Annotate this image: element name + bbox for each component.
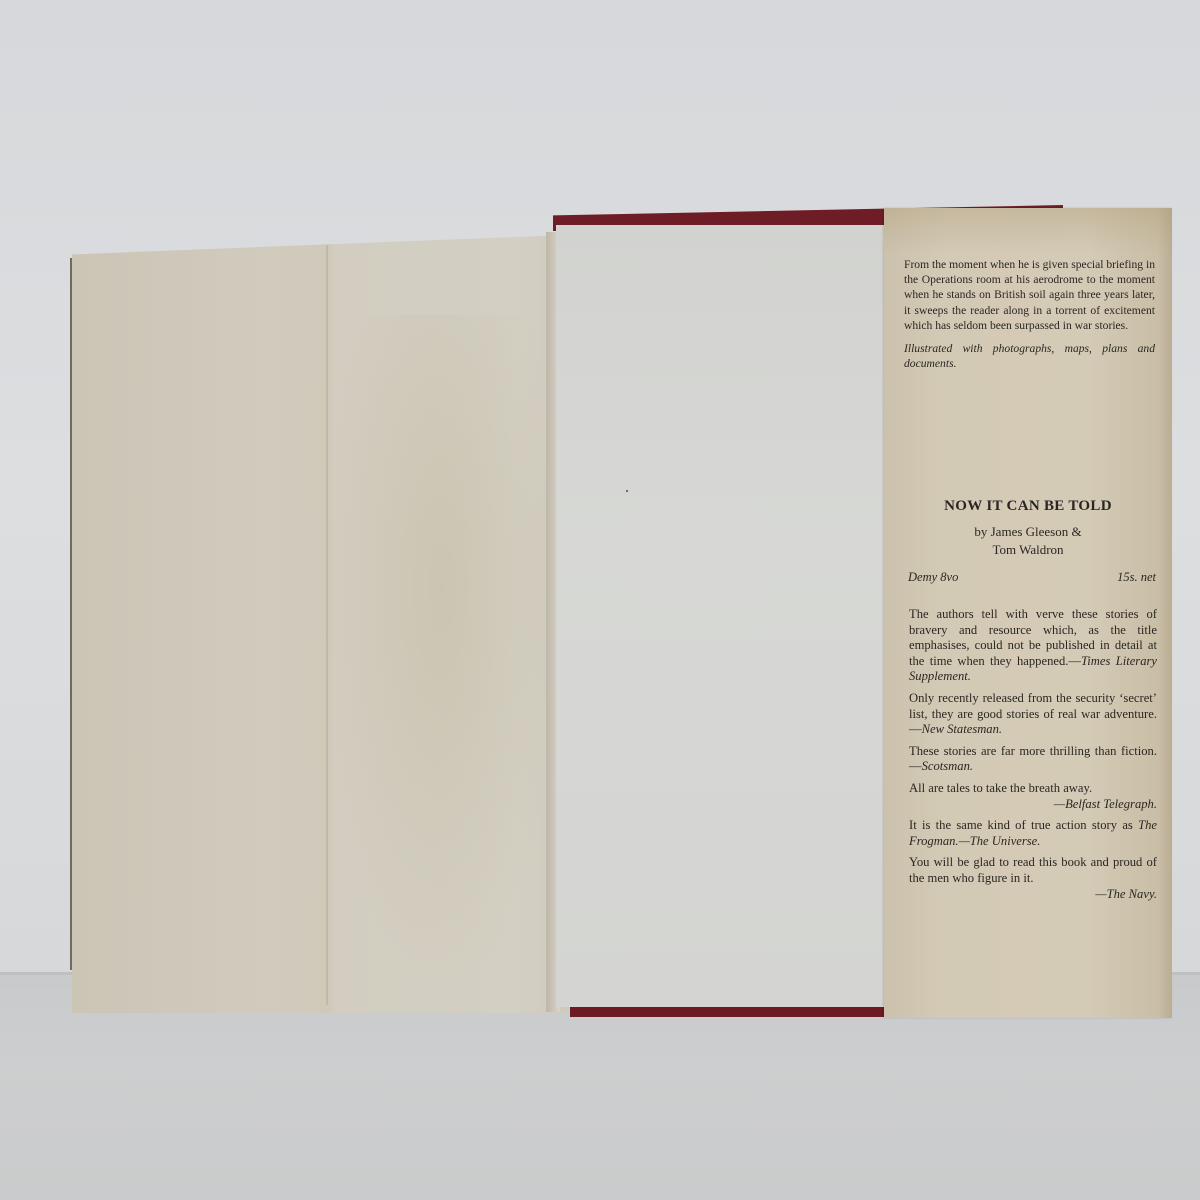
flap-blurb: From the moment when he is given special… <box>904 257 1155 379</box>
author-line-1: by James Gleeson & <box>884 523 1172 541</box>
review-source: —Belfast Telegraph. <box>909 797 1157 813</box>
advert-authors: by James Gleeson & Tom Waldron <box>884 523 1172 559</box>
review-source: —The Navy. <box>909 887 1157 903</box>
review-source: New Statesman. <box>922 722 1002 736</box>
left-page <box>72 235 567 1013</box>
review-item: It is the same kind of true action story… <box>909 818 1157 849</box>
blurb-paragraph: From the moment when he is given special… <box>904 257 1155 333</box>
review-source: —The Universe. <box>959 834 1041 848</box>
review-item: The authors tell with verve these storie… <box>909 607 1157 685</box>
rear-endpaper <box>556 225 886 1007</box>
review-source: Scotsman. <box>922 759 973 773</box>
page-stain <box>322 315 562 995</box>
review-item: All are tales to take the breath away.—B… <box>909 781 1157 812</box>
author-line-2: Tom Waldron <box>884 541 1172 559</box>
review-item: You will be glad to read this book and p… <box>909 855 1157 902</box>
endpaper-mark <box>626 490 628 492</box>
review-text: All are tales to take the breath away. <box>909 781 1092 795</box>
book-price: 15s. net <box>1117 570 1156 585</box>
advert-title: NOW IT CAN BE TOLD <box>884 498 1172 515</box>
illustrated-note: Illustrated with photographs, maps, plan… <box>904 341 1155 371</box>
advert-meta: Demy 8vo 15s. net <box>908 570 1156 585</box>
review-item: These stories are far more thrilling tha… <box>909 744 1157 775</box>
dust-jacket-flap: From the moment when he is given special… <box>884 208 1172 1018</box>
review-list: The authors tell with verve these storie… <box>909 607 1157 908</box>
review-text: It is the same kind of true action story… <box>909 818 1138 832</box>
page-fold-line <box>326 245 328 1005</box>
review-text: You will be glad to read this book and p… <box>909 855 1157 885</box>
review-item: Only recently released from the security… <box>909 691 1157 738</box>
book-format: Demy 8vo <box>908 570 958 585</box>
